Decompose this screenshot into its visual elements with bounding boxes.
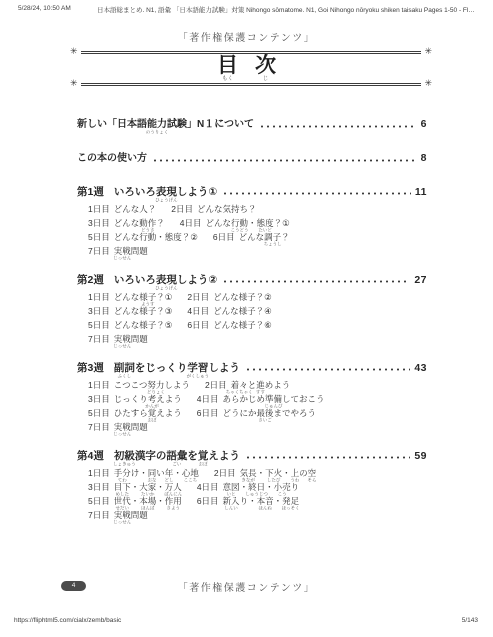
toc-week-section: 第2週いろいろ表現ひょうげんしよう②271日目どんな様子ようす？①2日目どんな様…: [77, 273, 427, 346]
day-label: 1日目: [88, 468, 110, 478]
furigana-reading: ようす: [141, 302, 155, 307]
furigana-reading: じっせん: [113, 520, 131, 525]
day-label: 5日目: [88, 408, 110, 418]
copyright-notice-bottom: 「著作権保護コンテンツ」: [0, 579, 493, 594]
toc-entry: この本の使い方8: [77, 151, 427, 166]
furigana-reading: おぼ: [199, 462, 208, 467]
day-item: 7日目実戦じっせん問題: [88, 508, 148, 522]
day-label: 7日目: [88, 334, 110, 344]
day-label: 3日目: [88, 218, 110, 228]
table-of-contents: 新しい「日本語能力のうりょく試験」N１について6この本の使い方8 第1週いろいろ…: [77, 117, 427, 537]
toc-entry-title: 新しい「日本語能力のうりょく試験」N１について: [77, 118, 254, 132]
furigana-word: 本音ほんね: [257, 497, 274, 506]
day-item: 4日目意図いと・終日しゅうじつ・小売こうり: [197, 480, 299, 494]
toc-page-number: 43: [414, 361, 427, 375]
day-label: 4日目: [187, 306, 209, 316]
furigana-reading: ほっそく: [282, 506, 300, 511]
day-item: 3日目どんな様子？③: [88, 304, 172, 318]
day-label: 3日目: [88, 306, 110, 316]
toc-entry: 新しい「日本語能力のうりょく試験」N１について6: [77, 117, 427, 132]
toc-page-number: 8: [421, 151, 427, 165]
toc-entry: 第3週副詞ふくしをじっくり学習がくしゅうしよう43: [77, 361, 427, 375]
furigana-word: 上うわ: [291, 469, 300, 478]
furigana-word: 実戦じっせん: [114, 335, 131, 344]
furigana-word: 気長きなが: [240, 469, 257, 478]
furigana-reading: のうりょく: [146, 131, 169, 136]
furigana-word: 副詞ふくし: [114, 363, 135, 374]
furigana-word: 実戦じっせん: [114, 511, 131, 520]
document-title: 日本語総まとめ. N1, 語彙 「日本語能力試験」対策 Nihongo sōma…: [97, 5, 485, 14]
furigana-reading: ひょうげん: [155, 286, 178, 291]
toc-entry-title: 初級しょきゅう漢字の語彙ごいを覚おぼえよう: [114, 449, 240, 463]
day-row: 5日目ひたすら覚おぼえよう6日目どうにか最後さいごまでやろう: [88, 406, 427, 420]
toc-page-number: 6: [421, 117, 427, 131]
dot-leader: [245, 367, 410, 372]
day-item: 5日目世代せだい・本場ほんば・作用さよう: [88, 494, 182, 508]
day-text: 実戦じっせん問題: [114, 510, 148, 520]
dot-leader: [222, 191, 411, 196]
furigana-reading: ちゃくちゃく: [226, 390, 253, 395]
week-day-list: 1日目どんな様子ようす？①2日目どんな様子？②3日目どんな様子？③4日目どんな様…: [77, 290, 427, 346]
asterisk-ornament-icon: ✳: [424, 80, 432, 89]
day-text: 目下めした・大家たいか・万人ばんにん: [114, 482, 182, 492]
toc-entry-title: いろいろ表現ひょうげんしよう①: [114, 185, 217, 199]
furigana-word: 本場ほんば: [139, 497, 156, 506]
week-day-list: 1日目こつこつ努力どりょくしよう2日目着々ちゃくちゃくと進すすめよう3日目じっく…: [77, 378, 427, 434]
furigana-word: 準備じゅんび: [265, 395, 282, 404]
week-day-list: 1日目どんな人？2日目どんな気持ち？3日目どんな動作どうさ？4日目どんな行動こう…: [77, 202, 427, 258]
print-footer: https://fliphtml5.com/cialx/zemb/basic 5…: [14, 617, 478, 624]
furigana-word: 小売こう: [274, 483, 291, 492]
rule-line: [81, 51, 422, 54]
furigana-word: 意図いと: [223, 483, 240, 492]
day-text: どんな調子ちょうし？: [239, 232, 290, 242]
day-label: 6日目: [197, 496, 219, 506]
day-label: 5日目: [88, 496, 110, 506]
day-text: 新入しんいり・本音ほんね・発足ほっそく: [223, 496, 300, 506]
toc-week-section: 第3週副詞ふくしをじっくり学習がくしゅうしよう431日目こつこつ努力どりょくしよ…: [77, 361, 427, 434]
toc-week-section: 第4週初級しょきゅう漢字の語彙ごいを覚おぼえよう591日目手分てわけ・同おない年…: [77, 449, 427, 522]
day-label: 4日目: [197, 482, 219, 492]
day-text: 着々ちゃくちゃくと進すすめよう: [231, 380, 291, 390]
furigana-reading: じっせん: [113, 256, 131, 261]
day-label: 1日目: [88, 380, 110, 390]
day-text: どんな様子？②: [213, 292, 272, 302]
day-item: 1日目どんな人？: [88, 202, 156, 216]
furigana-word: 着々ちゃくちゃく: [231, 381, 248, 390]
furigana-reading: そら: [307, 478, 316, 483]
dot-leader: [222, 279, 410, 284]
furigana-word: 年どし: [165, 469, 174, 478]
day-text: どんな気持ち？: [197, 204, 257, 214]
toc-entry-title: 副詞ふくしをじっくり学習がくしゅうしよう: [114, 361, 240, 375]
week-label: 第2週: [77, 273, 104, 287]
toc-week-section: 第1週いろいろ表現ひょうげんしよう①111日目どんな人？2日目どんな気持ち？3日…: [77, 185, 427, 258]
day-row: 5日目世代せだい・本場ほんば・作用さよう6日目新入しんいり・本音ほんね・発足ほっ…: [88, 494, 427, 508]
day-text: 実戦じっせん問題: [114, 334, 148, 344]
day-text: こつこつ努力どりょくしよう: [114, 380, 190, 390]
day-text: 意図いと・終日しゅうじつ・小売こうり: [223, 482, 300, 492]
furigana-word: 学習がくしゅう: [187, 363, 208, 374]
furigana-word: 空そら: [308, 469, 317, 478]
day-label: 5日目: [88, 232, 110, 242]
furigana-word: 語彙ごい: [166, 451, 187, 462]
day-label: 1日目: [88, 204, 110, 214]
furigana-reading: ちょうし: [264, 242, 282, 247]
furigana-word: 作用さよう: [165, 497, 182, 506]
rule-line: [81, 83, 422, 86]
furigana-word: 同おな: [148, 469, 157, 478]
furigana-word: 最後さいご: [257, 409, 274, 418]
furigana-reading: ごい: [172, 462, 181, 467]
day-label: 2日目: [214, 468, 236, 478]
furigana-reading: こうどう: [231, 228, 249, 233]
day-label: 2日目: [205, 380, 227, 390]
day-item: 6日目どんな調子ちょうし？: [213, 230, 290, 244]
furigana-reading: さよう: [167, 506, 181, 511]
title-character: 次じ: [255, 55, 276, 76]
day-label: 7日目: [88, 246, 110, 256]
furigana-word: 初級しょきゅう: [114, 451, 135, 462]
day-label: 3日目: [88, 482, 110, 492]
copyright-notice-top: 「著作権保護コンテンツ」: [0, 29, 493, 44]
day-item: 6日目どんな様子？⑥: [187, 318, 271, 332]
furigana-word: 心地ここち: [182, 469, 199, 478]
day-label: 5日目: [88, 320, 110, 330]
furigana-word: 実戦じっせん: [114, 247, 131, 256]
day-item: 3日目どんな動作どうさ？: [88, 216, 165, 230]
furigana-word: 新入しんい: [223, 497, 240, 506]
day-text: あらかじめ準備じゅんびしておこう: [223, 394, 325, 404]
day-item: 3日目目下めした・大家たいか・万人ばんにん: [88, 480, 182, 494]
day-item: 2日目着々ちゃくちゃくと進すすめよう: [205, 378, 290, 392]
day-item: 7日目実戦じっせん問題: [88, 244, 148, 258]
day-label: 6日目: [213, 232, 235, 242]
day-text: ひたすら覚おぼえよう: [114, 408, 182, 418]
day-item: 1日目こつこつ努力どりょくしよう: [88, 378, 190, 392]
day-text: どんな動作どうさ？: [114, 218, 165, 228]
furigana-word: 努力どりょく: [147, 381, 164, 390]
furigana-word: 行動こうどう: [231, 219, 248, 228]
day-item: 1日目どんな様子ようす？①: [88, 290, 172, 304]
day-item: 2日目どんな気持ち？: [171, 202, 256, 216]
day-item: 4日目どんな様子？④: [187, 304, 271, 318]
furigana-word: 表現ひょうげん: [156, 275, 177, 286]
week-day-list: 1日目手分てわけ・同おない年どし・心地ここち2日目気長きなが・下火したび・上うわ…: [77, 466, 427, 522]
toc-entry: 第1週いろいろ表現ひょうげんしよう①11: [77, 185, 427, 199]
furigana-reading: ここち: [184, 478, 198, 483]
furigana-word: 大家たいか: [139, 483, 156, 492]
day-label: 6日目: [197, 408, 219, 418]
furigana-reading: ほんば: [141, 506, 155, 511]
toc-front-entries: 新しい「日本語能力のうりょく試験」N１について6この本の使い方8: [77, 117, 427, 166]
day-text: どんな様子？④: [213, 306, 272, 316]
day-item: 5日目どんな様子？⑤: [88, 318, 172, 332]
furigana-reading: がくしゅう: [187, 374, 210, 379]
furigana-word: 万人ばんにん: [165, 483, 182, 492]
furigana-word: 終日しゅうじつ: [248, 483, 265, 492]
furigana-reading: さいご: [258, 418, 272, 423]
day-label: 2日目: [171, 204, 193, 214]
day-row: 1日目こつこつ努力どりょくしよう2日目着々ちゃくちゃくと進すすめよう: [88, 378, 427, 392]
day-item: 1日目手分てわけ・同おない年どし・心地ここち: [88, 466, 199, 480]
toc-entry-title: いろいろ表現ひょうげんしよう②: [114, 273, 217, 287]
day-text: どんな様子？⑥: [213, 320, 272, 330]
furigana-word: 世代せだい: [114, 497, 131, 506]
day-label: 3日目: [88, 394, 110, 404]
day-label: 4日目: [197, 394, 219, 404]
day-text: どうにか最後さいごまでやろう: [223, 408, 317, 418]
day-text: 手分てわけ・同おない年どし・心地ここち: [114, 468, 199, 478]
furigana-reading: しんい: [224, 506, 238, 511]
day-row: 7日目実戦じっせん問題: [88, 332, 427, 346]
furigana-reading: しょきゅう: [113, 462, 136, 467]
day-text: どんな人？: [114, 204, 157, 214]
furigana-word: 進すす: [256, 381, 265, 390]
furigana-reading: どうさ: [141, 228, 155, 233]
dot-leader: [245, 455, 410, 460]
day-text: どんな様子？⑤: [114, 320, 173, 330]
day-label: 1日目: [88, 292, 110, 302]
furigana-reading: すす: [256, 390, 265, 395]
furigana-word: 覚おぼ: [148, 409, 157, 418]
furigana-reading: ひょうげん: [155, 198, 178, 203]
day-item: 2日目どんな様子？②: [187, 290, 271, 304]
furigana-word: 態度たいど: [257, 219, 274, 228]
furigana-reading: じっせん: [113, 432, 131, 437]
decorative-rule-bottom: ✳ ✳: [70, 80, 432, 89]
day-text: 世代せだい・本場ほんば・作用さよう: [114, 496, 182, 506]
furigana-reading: ほんね: [258, 506, 272, 511]
day-text: じっくり考かんがえよう: [114, 394, 182, 404]
day-text: 気長きなが・下火したび・上うわの空そら: [240, 468, 317, 478]
day-item: 3日目じっくり考かんがえよう: [88, 392, 182, 406]
title-character: 目もく: [217, 55, 238, 76]
furigana-word: 動作どうさ: [139, 219, 156, 228]
day-label: 6日目: [187, 320, 209, 330]
day-row: 3日目目下めした・大家たいか・万人ばんにん4日目意図いと・終日しゅうじつ・小売こ…: [88, 480, 427, 494]
week-label: 第3週: [77, 361, 104, 375]
day-text: 実戦じっせん問題: [114, 246, 148, 256]
print-datetime: 5/28/24, 10:50 AM: [18, 5, 71, 12]
day-item: 4日目どんな行動こうどう・態度たいど？①: [180, 216, 290, 230]
day-item: 7日目実戦じっせん問題: [88, 420, 148, 434]
dot-leader: [152, 158, 417, 163]
print-header: 5/28/24, 10:50 AM 日本語総まとめ. N1, 語彙 「日本語能力…: [0, 5, 493, 15]
toc-page-number: 59: [414, 449, 427, 463]
day-label: 2日目: [187, 292, 209, 302]
furigana-word: 様子ようす: [139, 293, 156, 302]
week-label: 第4週: [77, 449, 104, 463]
day-row: 3日目どんな動作どうさ？4日目どんな行動こうどう・態度たいど？①: [88, 216, 427, 230]
day-row: 3日目どんな様子？③4日目どんな様子？④: [88, 304, 427, 318]
toc-page-number: 11: [415, 185, 427, 199]
furigana-word: 表現ひょうげん: [156, 187, 177, 198]
day-label: 4日目: [180, 218, 202, 228]
dot-leader: [259, 124, 417, 129]
day-label: 7日目: [88, 422, 110, 432]
day-item: 2日目気長きなが・下火したび・上うわの空そら: [214, 466, 316, 480]
day-item: 6日目どうにか最後さいごまでやろう: [197, 406, 316, 420]
day-text: どんな行動・態度？②: [114, 232, 198, 242]
toc-page-number: 27: [414, 273, 427, 287]
furigana-word: 調子ちょうし: [264, 233, 281, 242]
day-label: 7日目: [88, 510, 110, 520]
day-row: 1日目どんな様子ようす？①2日目どんな様子？②: [88, 290, 427, 304]
day-row: 1日目手分てわけ・同おない年どし・心地ここち2日目気長きなが・下火したび・上うわ…: [88, 466, 427, 480]
page-indicator: 5/143: [462, 617, 478, 624]
day-item: 5日目ひたすら覚おぼえよう: [88, 406, 182, 420]
furigana-word: 覚おぼ: [198, 451, 209, 462]
toc-entry: 第2週いろいろ表現ひょうげんしよう②27: [77, 273, 427, 287]
furigana-word: 実戦じっせん: [114, 423, 131, 432]
week-label: 第1週: [77, 185, 104, 199]
day-item: 7日目実戦じっせん問題: [88, 332, 148, 346]
day-text: どんな様子？③: [114, 306, 173, 316]
page-title: 目もく次じ: [0, 55, 493, 76]
toc-entry-title: この本の使い方: [77, 152, 147, 166]
furigana-word: 下火したび: [265, 469, 282, 478]
day-row: 5日目どんな様子？⑤6日目どんな様子？⑥: [88, 318, 427, 332]
toc-entry: 第4週初級しょきゅう漢字の語彙ごいを覚おぼえよう59: [77, 449, 427, 463]
day-text: 実戦じっせん問題: [114, 422, 148, 432]
furigana-reading: おぼ: [148, 418, 157, 423]
furigana-word: 目下めした: [114, 483, 131, 492]
day-text: どんな様子ようす？①: [114, 292, 173, 302]
furigana-reading: じっせん: [113, 344, 131, 349]
furigana-word: 考かんが: [148, 395, 157, 404]
furigana-word: 発足ほっそく: [282, 497, 299, 506]
furigana-reading: ふくし: [118, 374, 132, 379]
source-url: https://fliphtml5.com/cialx/zemb/basic: [14, 617, 121, 624]
furigana-word: 能力のうりょく: [147, 120, 167, 130]
asterisk-ornament-icon: ✳: [70, 80, 78, 89]
furigana-reading: うわ: [290, 478, 299, 483]
day-text: どんな行動こうどう・態度たいど？①: [206, 218, 290, 228]
day-row: 7日目実戦じっせん問題: [88, 244, 427, 258]
furigana-word: 手分てわ: [114, 469, 131, 478]
day-row: 1日目どんな人？2日目どんな気持ち？: [88, 202, 427, 216]
toc-week-sections: 第1週いろいろ表現ひょうげんしよう①111日目どんな人？2日目どんな気持ち？3日…: [77, 185, 427, 522]
